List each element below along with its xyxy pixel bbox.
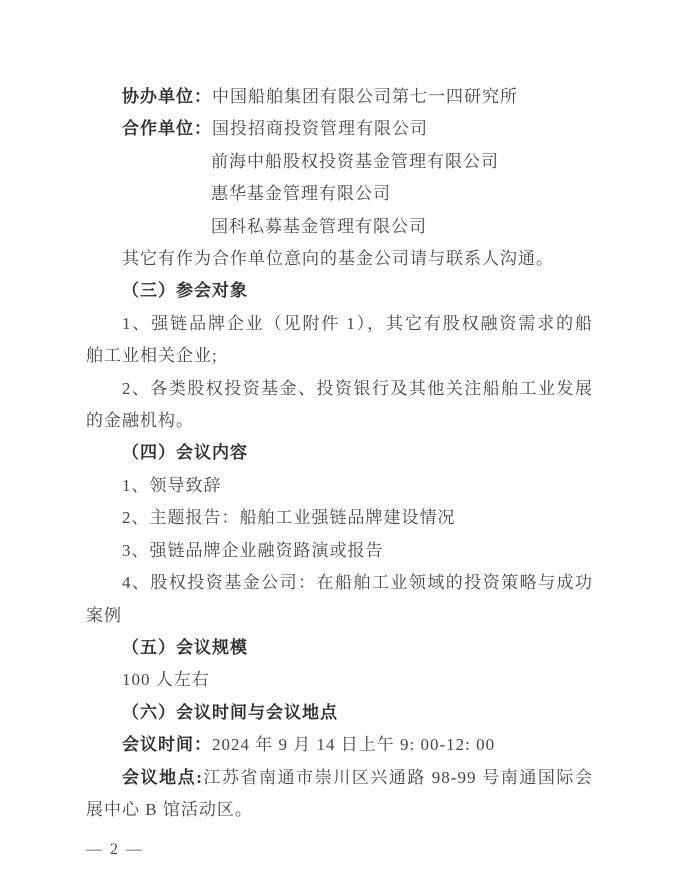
text-segment: 国投招商投资管理有限公司 — [212, 119, 428, 138]
text-line: 100 人左右 — [86, 664, 593, 696]
text-line: （六）会议时间与会议地点 — [86, 697, 593, 729]
text-line: 前海中船股权投资基金管理有限公司 — [86, 146, 593, 178]
text-line: 会议地点:江苏省南通市崇川区兴通路 98-99 号南通国际会 — [86, 762, 593, 794]
document-lines: 协办单位：中国船舶集团有限公司第七一四研究所合作单位：国投招商投资管理有限公司前… — [86, 81, 593, 826]
text-segment: 2、主题报告：船舶工业强链品牌建设情况 — [122, 508, 456, 527]
text-segment: 1、领导致辞 — [122, 476, 222, 495]
label-segment: （五）会议规模 — [122, 638, 248, 657]
text-line: 4、股权投资基金公司：在船舶工业领域的投资策略与成功 — [86, 567, 593, 599]
text-line: （五）会议规模 — [86, 632, 593, 664]
text-line: 其它有作为合作单位意向的基金公司请与联系人沟通。 — [86, 243, 593, 275]
label-segment: 合作单位： — [122, 119, 212, 138]
text-line: 1、领导致辞 — [86, 470, 593, 502]
text-line: 展中心 B 馆活动区。 — [86, 794, 593, 826]
text-line: 协办单位：中国船舶集团有限公司第七一四研究所 — [86, 81, 593, 113]
label-segment: 会议时间： — [122, 735, 212, 754]
label-segment: （三）参会对象 — [122, 281, 248, 300]
text-line: （四）会议内容 — [86, 437, 593, 469]
page-number: — 2 — — [86, 840, 593, 860]
text-segment: 2、各类股权投资基金、投资银行及其他关注船舶工业发展 — [122, 379, 593, 398]
label-segment: （六）会议时间与会议地点 — [122, 703, 338, 722]
text-line: 舶工业相关企业; — [86, 340, 593, 372]
text-segment: 惠华基金管理有限公司 — [211, 184, 391, 203]
text-line: （三）参会对象 — [86, 275, 593, 307]
text-line: 合作单位：国投招商投资管理有限公司 — [86, 113, 593, 145]
document-page: 协办单位：中国船舶集团有限公司第七一四研究所合作单位：国投招商投资管理有限公司前… — [0, 0, 674, 896]
text-segment: 展中心 B 馆活动区。 — [86, 800, 253, 819]
text-line: 会议时间：2024 年 9 月 14 日上午 9: 00-12: 00 — [86, 729, 593, 761]
text-line: 案例 — [86, 600, 593, 632]
text-segment: 国科私募基金管理有限公司 — [211, 217, 427, 236]
text-segment: 案例 — [86, 606, 122, 625]
text-segment: 前海中船股权投资基金管理有限公司 — [211, 152, 499, 171]
text-line: 2、各类股权投资基金、投资银行及其他关注船舶工业发展 — [86, 373, 593, 405]
text-segment: 其它有作为合作单位意向的基金公司请与联系人沟通。 — [122, 249, 554, 268]
text-line: 的金融机构。 — [86, 405, 593, 437]
text-line: 惠华基金管理有限公司 — [86, 178, 593, 210]
text-segment: 1、强链品牌企业（见附件 1），其它有股权融资需求的船 — [122, 314, 593, 333]
text-line: 1、强链品牌企业（见附件 1），其它有股权融资需求的船 — [86, 308, 593, 340]
text-line: 3、强链品牌企业融资路演或报告 — [86, 535, 593, 567]
document-content: 协办单位：中国船舶集团有限公司第七一四研究所合作单位：国投招商投资管理有限公司前… — [0, 0, 674, 860]
text-segment: 舶工业相关企业; — [86, 346, 218, 365]
text-segment: 的金融机构。 — [86, 411, 194, 430]
label-segment: （四）会议内容 — [122, 443, 248, 462]
text-segment: 中国船舶集团有限公司第七一四研究所 — [212, 87, 518, 106]
text-segment: 江苏省南通市崇川区兴通路 98-99 号南通国际会 — [203, 768, 593, 787]
text-segment: 100 人左右 — [122, 670, 210, 689]
text-line: 国科私募基金管理有限公司 — [86, 211, 593, 243]
text-line: 2、主题报告：船舶工业强链品牌建设情况 — [86, 502, 593, 534]
text-segment: 2024 年 9 月 14 日上午 9: 00-12: 00 — [212, 735, 495, 754]
label-segment: 协办单位： — [122, 87, 212, 106]
text-segment: 4、股权投资基金公司：在船舶工业领域的投资策略与成功 — [122, 573, 593, 592]
label-segment: 会议地点: — [122, 768, 203, 787]
text-segment: 3、强链品牌企业融资路演或报告 — [122, 541, 384, 560]
